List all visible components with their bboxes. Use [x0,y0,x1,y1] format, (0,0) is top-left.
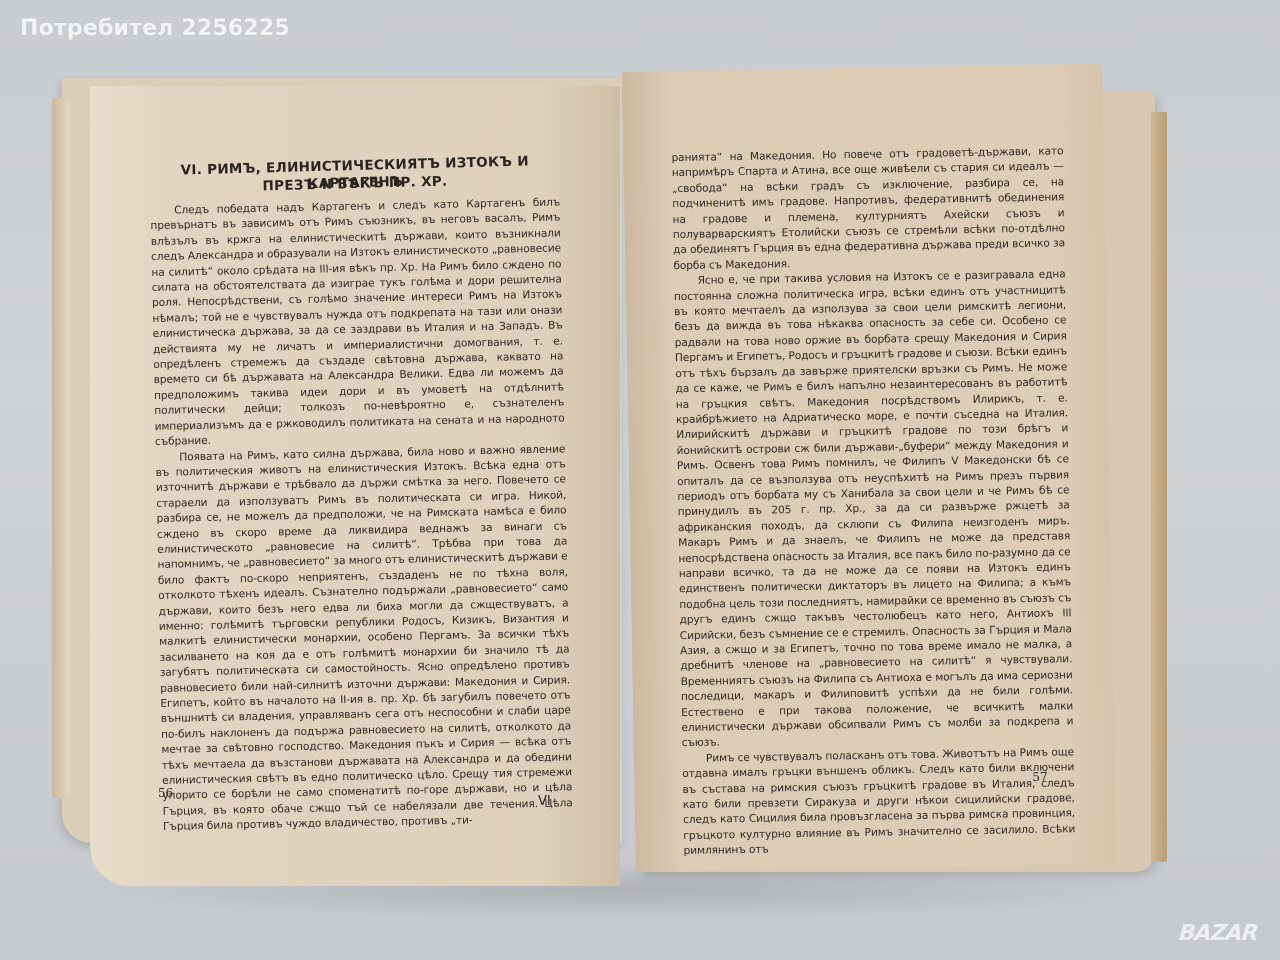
username-watermark: Потребител 2256225 [20,16,290,41]
page-number-left: 56 [158,786,173,800]
paragraph: Следъ победата надъ Картагенъ и следъ ка… [150,195,565,450]
right-page-body: ранията“ на Македония. Но повече отъ гра… [671,144,1075,859]
paragraph: Римъ се чувствувалъ поласканъ отъ това. … [682,745,1076,860]
open-book: VI. РИМЪ, ЕЛИНИСТИЧЕСКИЯТЪ ИЗТОКЪ И КАРТ… [0,0,1280,960]
signature-mark: VI [538,794,551,809]
bazar-logo: BAZAR [1178,921,1259,946]
paragraph: Ясно е, че при такива условия на Изтокъ … [674,268,1074,752]
paragraph: Появата на Римъ, като силна държава, бил… [155,442,573,836]
right-page: ранията“ на Македония. Но повече отъ гра… [622,64,1116,872]
left-page: VI. РИМЪ, ЕЛИНИСТИЧЕСКИЯТЪ ИЗТОКЪ И КАРТ… [90,86,620,886]
left-page-body: Следъ победата надъ Картагенъ и следъ ка… [150,195,573,835]
page-number-right: 57 [1032,770,1048,784]
paragraph: ранията“ на Македония. Но повече отъ гра… [671,144,1065,274]
